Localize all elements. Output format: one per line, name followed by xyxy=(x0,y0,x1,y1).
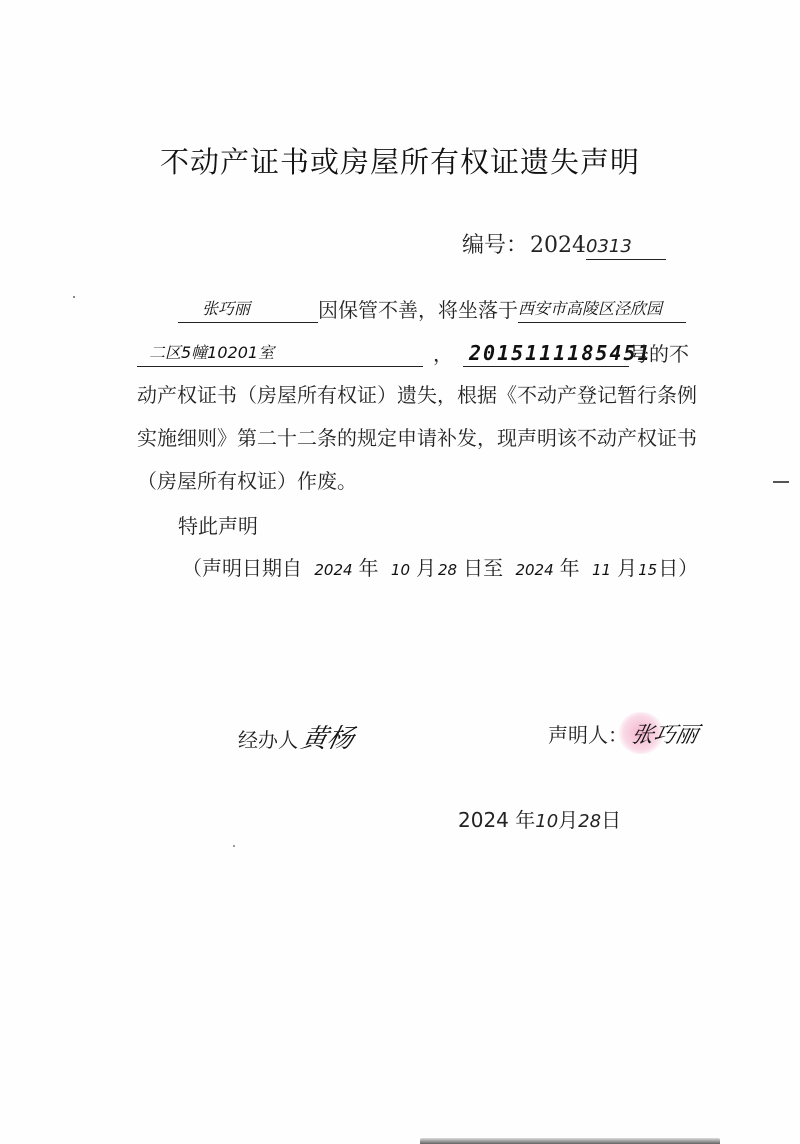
certificate-number-field: 2015111185451 xyxy=(463,340,629,367)
period-to-year: 2024 xyxy=(515,561,553,579)
signing-day-label: 日 xyxy=(601,808,621,832)
handler-signature-block: 经办人黄杨 xyxy=(238,718,354,755)
period-open: （声明日期自 xyxy=(182,556,302,580)
location-field-2: 二区5幢10201室 xyxy=(137,338,423,367)
owner-name: 张巧丽 xyxy=(202,299,250,318)
declarant-label: 声明人： xyxy=(548,723,628,747)
document-page: 不动产证书或房屋所有权证遗失声明 编号：20240313 张巧丽因保管不善，将坐… xyxy=(0,0,800,1144)
certificate-number: 2015111185451 xyxy=(469,341,652,365)
period-year-label-1: 年 xyxy=(359,556,379,580)
document-number: 编号：20240313 xyxy=(462,228,666,260)
declarant-signature: 张巧丽 xyxy=(629,718,702,749)
scan-bottom-edge xyxy=(420,1138,720,1144)
paragraph-text-2: 号的不 xyxy=(629,342,689,366)
period-from-day: 28 xyxy=(438,561,457,579)
period-to-month: 11 xyxy=(592,561,611,579)
period-month-label-2: 月 xyxy=(617,556,637,580)
signing-month: 10 xyxy=(535,811,558,832)
signing-day: 28 xyxy=(578,811,601,832)
handler-signature: 黄杨 xyxy=(298,718,358,755)
paragraph-line-1: 张巧丽因保管不善，将坐落于西安市高陵区泾欣园 xyxy=(178,294,686,323)
owner-name-field: 张巧丽 xyxy=(178,294,318,323)
paragraph-text-1: 因保管不善，将坐落于 xyxy=(318,298,518,322)
declaration: 特此声明 xyxy=(178,510,258,539)
document-title: 不动产证书或房屋所有权证遗失声明 xyxy=(0,140,800,181)
comma: ， xyxy=(433,342,453,366)
period-day-to-label: 日至 xyxy=(463,556,503,580)
period-close: 日） xyxy=(658,556,698,580)
document-number-handwritten: 0313 xyxy=(586,235,666,260)
location-line-1: 西安市高陵区泾欣园 xyxy=(518,299,662,318)
declaration-period: （声明日期自 2024年 10月28日至 2024年 11月15日） xyxy=(182,552,698,581)
document-number-printed: 2024 xyxy=(530,233,586,258)
signing-month-label: 月 xyxy=(558,808,578,832)
document-number-label: 编号： xyxy=(462,233,528,258)
period-month-label-1: 月 xyxy=(416,556,436,580)
location-field-1: 西安市高陵区泾欣园 xyxy=(518,294,686,323)
handler-label: 经办人 xyxy=(238,728,298,752)
period-to-day: 15 xyxy=(638,561,657,579)
period-year-label-2: 年 xyxy=(560,556,580,580)
declarant-signature-block: 声明人：张巧丽 xyxy=(548,718,698,749)
paragraph-body: 动产权证书（房屋所有权证）遗失，根据《不动产登记暂行条例实施细则》第二十二条的规… xyxy=(137,374,697,503)
period-from-year: 2024 xyxy=(314,561,352,579)
scan-artifact-dot-bottom xyxy=(233,845,235,847)
period-from-month: 10 xyxy=(391,561,410,579)
paragraph-line-2: 二区5幢10201室，2015111185451号的不 xyxy=(137,338,689,367)
scan-artifact-right xyxy=(773,481,789,483)
scan-artifact-dot-left xyxy=(73,296,75,298)
signing-year-label: 年 xyxy=(515,808,535,832)
signing-date: 2024 年10月28日 xyxy=(458,804,621,833)
signing-year: 2024 xyxy=(458,808,509,832)
location-line-2: 二区5幢10201室 xyxy=(149,343,274,362)
